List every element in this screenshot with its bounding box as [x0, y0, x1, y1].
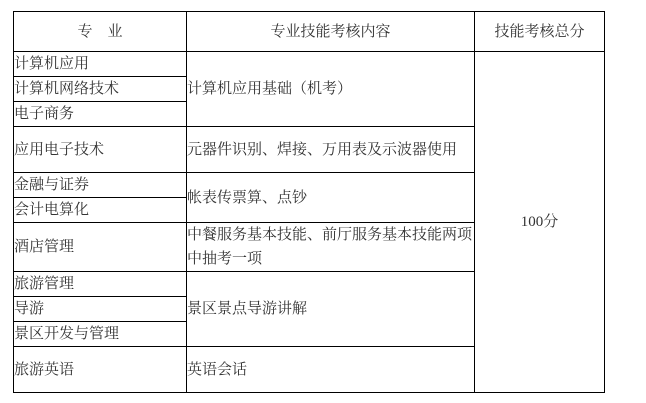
- document-page: 专 业 专业技能考核内容 技能考核总分 计算机应用 计算机应用基础（机考） 10…: [0, 0, 646, 403]
- major-tourism-management: 旅游管理: [14, 272, 187, 297]
- header-total-score: 技能考核总分: [475, 12, 605, 52]
- major-computerized-accounting: 会计电算化: [14, 198, 187, 223]
- major-scenic-area-management: 景区开发与管理: [14, 322, 187, 347]
- table-row: 计算机应用 计算机应用基础（机考） 100分: [14, 52, 605, 77]
- major-computer-application: 计算机应用: [14, 52, 187, 77]
- header-row: 专 业 专业技能考核内容 技能考核总分: [14, 12, 605, 52]
- major-tour-guide: 导游: [14, 297, 187, 322]
- header-major: 专 业: [14, 12, 187, 52]
- major-finance-securities: 金融与证券: [14, 173, 187, 198]
- total-score-value: 100分: [475, 52, 605, 393]
- header-content: 专业技能考核内容: [187, 12, 475, 52]
- content-electronics-skills: 元器件识别、焊接、万用表及示波器使用: [187, 127, 475, 173]
- content-hotel-service-skills: 中餐服务基本技能、前厅服务基本技能两项中抽考一项: [187, 223, 475, 272]
- skills-assessment-table: 专 业 专业技能考核内容 技能考核总分 计算机应用 计算机应用基础（机考） 10…: [13, 11, 605, 393]
- major-tourism-english: 旅游英语: [14, 347, 187, 393]
- major-computer-network: 计算机网络技术: [14, 77, 187, 102]
- content-tour-guide-skills: 景区景点导游讲解: [187, 272, 475, 347]
- content-accounting-skills: 帐表传票算、点钞: [187, 173, 475, 223]
- major-hotel-management: 酒店管理: [14, 223, 187, 272]
- major-ecommerce: 电子商务: [14, 102, 187, 127]
- content-english-conversation: 英语会话: [187, 347, 475, 393]
- major-applied-electronics: 应用电子技术: [14, 127, 187, 173]
- content-computer-basics: 计算机应用基础（机考）: [187, 52, 475, 127]
